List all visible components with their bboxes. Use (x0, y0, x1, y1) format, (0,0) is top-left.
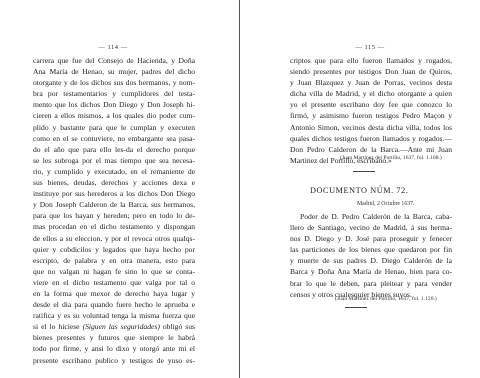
text-line: Ana María de Henao, su mujer, padres del… (33, 66, 195, 77)
text-line: de ellos a su eleccion, y por el revoca … (33, 233, 195, 244)
section-divider (345, 307, 367, 308)
text-line: sus bienes, deudas, derechos y acciones … (33, 177, 195, 188)
text-line: mas procedan en el dicho testamento y di… (33, 221, 195, 232)
text-line: bra por testamentarios y cumplidores del… (33, 88, 195, 99)
text-line: firmó, y asimismo fueron testigos Pedro … (290, 110, 452, 121)
text-line: como en el se contuviere, no embargante … (33, 133, 195, 144)
text-line: para que los hayan y hereden; pero en to… (33, 210, 195, 221)
source-citation: (Juan Martínez del Portillo, 1637, fol. … (335, 296, 437, 302)
text-line: dicha villa de Madrid, y el dicho otorga… (290, 88, 452, 99)
page-number-left: — 114 — (33, 44, 193, 51)
place-date: Madrid, 2 Octubre 1637. (357, 201, 414, 207)
text-line: quier y cobdicilos y legados que haya he… (33, 244, 195, 255)
text-line: cieren a ellos mismos, a los quales dio … (33, 110, 195, 121)
text-line: yo el presente escribano doy fee que con… (290, 99, 452, 110)
text-line: Don Pedro Calderon de la Barca.—Ante mi … (290, 144, 452, 155)
text-fragment: si el lo hiciese (33, 322, 83, 331)
text-line: y muerte de sus padres D. Diego Calderón… (290, 255, 452, 266)
text-fragment: obligó sus (160, 322, 195, 331)
text-line: bienes presentes y futuros que siempre l… (33, 332, 195, 343)
right-page: — 115 — criptos que para ello fueron lla… (240, 0, 480, 378)
text-line: que no valgan ni hagan fe sino lo que se… (33, 266, 195, 277)
book-spread: — 114 — carrera que fue del Consejo de H… (0, 0, 480, 378)
text-line: presente escribano publico y testigos de… (33, 355, 195, 366)
text-line: do el año que para ello les-da el derech… (33, 144, 195, 155)
text-line: instituye por sus herederos a los dichos… (33, 188, 195, 199)
text-line: criptos que para ello fueron llamados y … (290, 55, 452, 66)
text-line: desde el dia para quando fuere hecho le … (33, 299, 195, 310)
text-line: en la forma que mexor de derecho haya lu… (33, 288, 195, 299)
left-page-body: carrera que fue del Consejo de Hacienda,… (33, 55, 195, 366)
right-page-body: criptos que para ello fueron llamados y … (290, 55, 452, 166)
text-line: todo por firme, y ansi lo dixo y otorgó … (33, 343, 195, 354)
document-summary: Poder de D. Pedro Calderón de la Barca, … (290, 211, 452, 300)
text-line: rio, y cumplido y executado, en el reman… (33, 166, 195, 177)
text-line: llero de Santiago, vecino de Madrid, á s… (290, 222, 452, 233)
text-line: y Juan Blazquez y Juan de Porras, vecino… (290, 77, 452, 88)
source-citation: (Juan Martínez del Portillo, 1637, fol. … (340, 155, 442, 161)
text-line: nos D. Diego y D. José para proseguir y … (290, 233, 452, 244)
text-line: siendo presentes por testigos Don Juan d… (290, 66, 452, 77)
text-line: Poder de D. Pedro Calderón de la Barca, … (290, 211, 452, 222)
text-line: y Don Joseph Calderon de la Barca, sus h… (33, 199, 195, 210)
text-line: se les subroga por el mas tiempo que sea… (33, 155, 195, 166)
italic-phrase: (Siguen las seguridades) (83, 322, 160, 331)
text-line-with-italic: si el lo hiciese (Siguen las seguridades… (33, 321, 195, 332)
text-line: plido y bastante para que le cumplan y e… (33, 122, 195, 133)
document-heading: DOCUMENTO NÚM. 72. (310, 186, 408, 195)
text-line: escripto, de palabra y en otra manera, e… (33, 255, 195, 266)
text-line: carrera que fue del Consejo de Hacienda,… (33, 55, 195, 66)
text-line: mento que los dichos Don Diego y Don Jos… (33, 99, 195, 110)
page-number-right: — 115 — (290, 44, 450, 51)
left-page: — 114 — carrera que fue del Consejo de H… (0, 0, 239, 378)
section-divider (353, 171, 375, 172)
text-line: brar lo que le deben, para pleitear y pa… (290, 278, 452, 289)
text-line: otorgante y de los dichos sus dos herman… (33, 77, 195, 88)
text-line: Antonio Simon, vecinos desta dicha villa… (290, 122, 452, 133)
text-line: quales dichos testigos fueron llamados y… (290, 133, 452, 144)
text-line: Barca y Doña Ana María de Henao, bien pa… (290, 266, 452, 277)
text-line: viere en el dicho testamento que valga p… (33, 277, 195, 288)
text-line: ratifica y es su voluntad tenga la misma… (33, 310, 195, 321)
text-line: las particiones de los bienes que quedar… (290, 244, 452, 255)
